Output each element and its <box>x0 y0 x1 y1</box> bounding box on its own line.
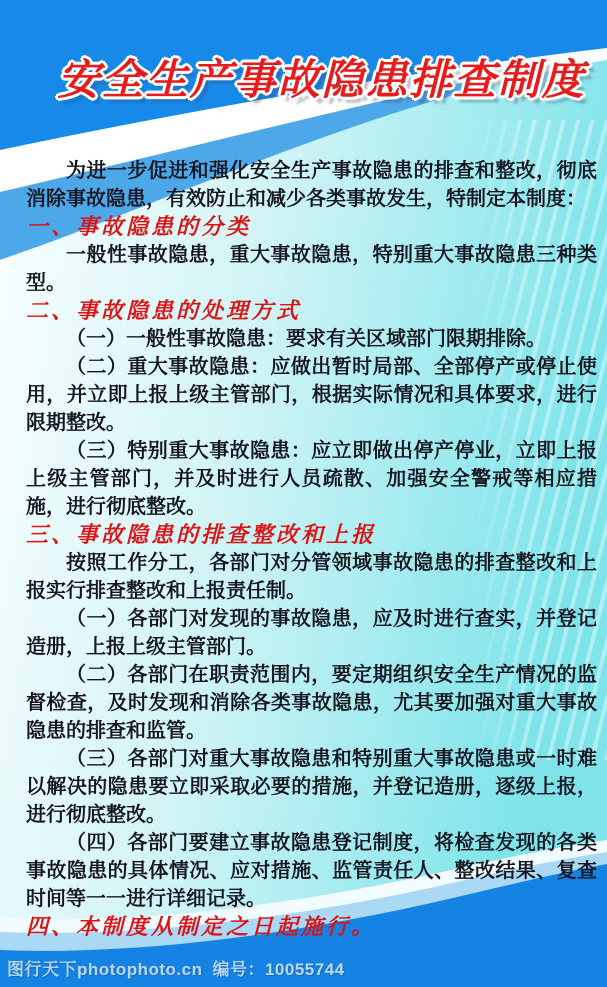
watermark: 图行天下photophoto.cn编号：10055744 <box>7 960 355 980</box>
watermark-id: 编号：10055744 <box>212 960 344 979</box>
section-2-paragraph-1: （一）一般性事故隐患：要求有关区域部门限期排除。 <box>26 325 597 353</box>
section-2-heading: 二、事故隐患的处理方式 <box>26 297 597 325</box>
section-3-paragraph-1: 按照工作分工，各部门对分管领域事故隐患的排查整改和上报实行排查整改和上报责任制。 <box>26 549 597 605</box>
watermark-site: 图行天下photophoto.cn <box>7 960 202 979</box>
section-4-heading: 四、本制度从制定之日起施行。 <box>26 913 597 941</box>
section-3-paragraph-3: （二）各部门在职责范围内，要定期组织安全生产情况的监督检查，及时发现和消除各类事… <box>26 661 597 745</box>
section-1-heading: 一、事故隐患的分类 <box>26 213 597 241</box>
section-2-paragraph-2: （二）重大事故隐患：应做出暂时局部、全部停产或停止使用，并立即上报上级主管部门，… <box>26 353 597 437</box>
intro-paragraph: 为进一步促进和强化安全生产事故隐患的排查和整改，彻底消除事故隐患，有效防止和减少… <box>26 157 597 213</box>
section-2-paragraph-3: （三）特别重大事故隐患：应立即做出停产停业，立即上报上级主管部门，并及时进行人员… <box>26 437 597 521</box>
section-3-heading: 三、事故隐患的排查整改和上报 <box>26 521 597 549</box>
section-1-paragraph: 一般性事故隐患，重大事故隐患，特别重大事故隐患三种类型。 <box>26 241 597 297</box>
section-3-paragraph-4: （三）各部门对重大事故隐患和特别重大事故隐患或一时难以解决的隐患要立即采取必要的… <box>26 745 597 829</box>
poster-body: 为进一步促进和强化安全生产事故隐患的排查和整改，彻底消除事故隐患，有效防止和减少… <box>26 157 597 941</box>
safety-poster: 安全生产事故隐患排查制度 为进一步促进和强化安全生产事故隐患的排查和整改，彻底消… <box>0 0 607 987</box>
section-3-paragraph-5: （四）各部门要建立事故隐患登记制度，将检查发现的各类事故隐患的具体情况、应对措施… <box>26 829 597 913</box>
section-3-paragraph-2: （一）各部门对发现的事故隐患，应及时进行查实，并登记造册，上报上级主管部门。 <box>26 605 597 661</box>
poster-title: 安全生产事故隐患排查制度 <box>42 56 601 106</box>
